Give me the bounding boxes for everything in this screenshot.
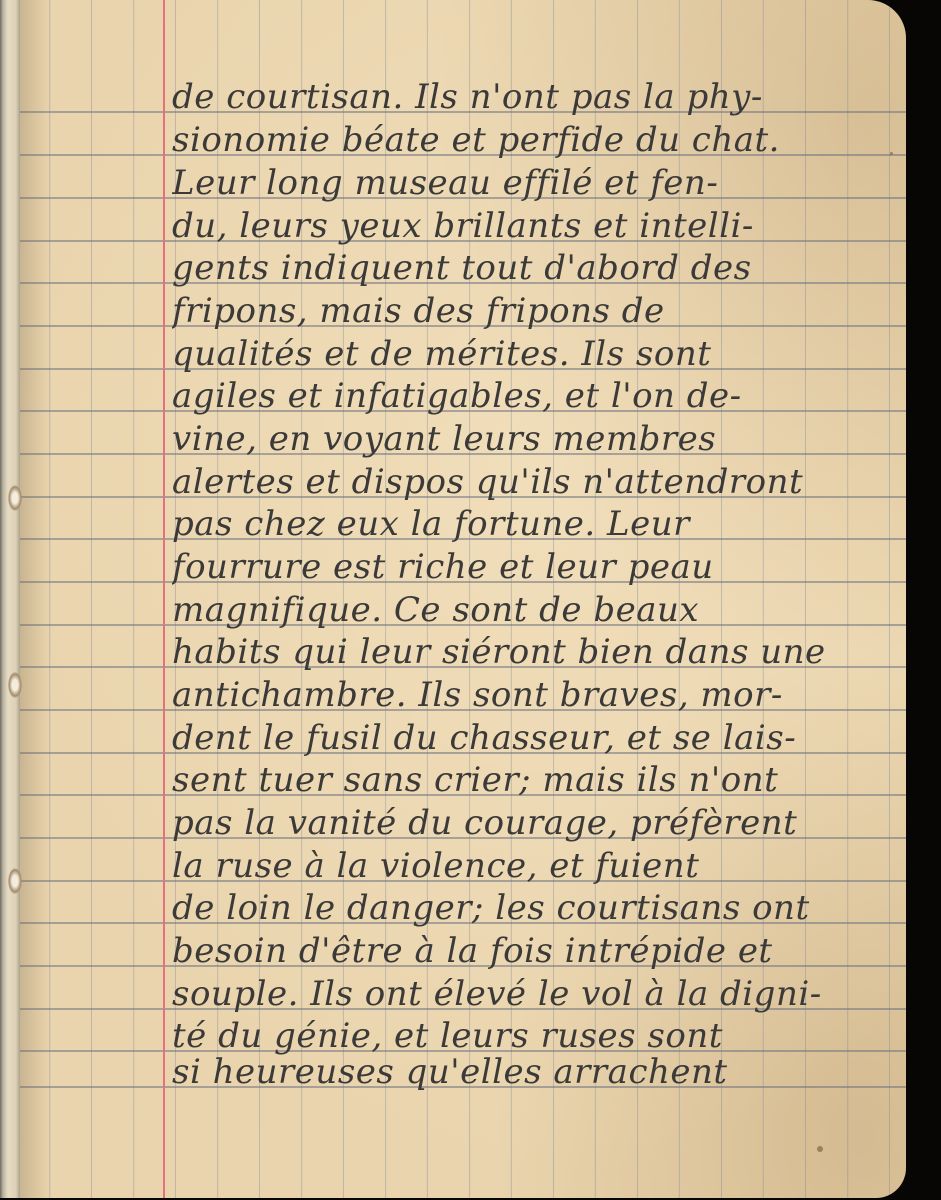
handwritten-line: agiles et infatigables, et l'on de- [172,376,892,416]
handwritten-line: du, leurs yeux brillants et intelli- [172,206,892,246]
handwritten-line: de courtisan. Ils n'ont pas la phy- [172,77,892,117]
handwritten-line: qualités et de mérites. Ils sont [172,334,892,374]
handwritten-line: besoin d'être à la fois intrépide et [172,931,892,971]
binding-staple [8,485,22,511]
binding-staple [8,868,22,894]
handwritten-line: de loin le danger; les courtisans ont [172,888,892,928]
handwritten-line: magnifique. Ce sont de beaux [172,590,892,630]
handwritten-line: vine, en voyant leurs membres [172,419,892,459]
handwritten-line: pas chez eux la fortune. Leur [172,504,892,544]
handwritten-line: gents indiquent tout d'abord des [172,248,892,288]
handwritten-line: si heureuses qu'elles arrachent [172,1052,892,1092]
handwritten-line: pas la vanité du courage, préfèrent [172,803,892,843]
handwritten-line: antichambre. Ils sont braves, mor- [172,675,892,715]
handwritten-line: sent tuer sans crier; mais ils n'ont [172,760,892,800]
handwritten-line: alertes et dispos qu'ils n'attendront [172,462,892,502]
handwritten-line: habits qui leur siéront bien dans une [172,632,892,672]
fold-shadow [20,0,50,1198]
red-margin-line [163,0,165,1198]
handwritten-line: fripons, mais des fripons de [172,291,892,331]
ink-spot [817,1146,823,1152]
handwritten-line: souple. Ils ont élevé le vol à la digni- [172,974,892,1014]
handwritten-line: dent le fusil du chasseur, et se lais- [172,718,892,758]
handwritten-line: fourrure est riche et leur peau [172,547,892,587]
binding-staple [8,672,22,698]
handwritten-line: té du génie, et leurs ruses sont [172,1016,892,1056]
handwritten-line: la ruse à la violence, et fuient [172,846,892,886]
notebook-binding [0,0,20,1198]
handwritten-line: sionomie béate et perfide du chat. [172,120,892,160]
handwritten-line: Leur long museau effilé et fen- [172,163,892,203]
notebook-page: de courtisan. Ils n'ont pas la phy- sion… [0,0,906,1198]
